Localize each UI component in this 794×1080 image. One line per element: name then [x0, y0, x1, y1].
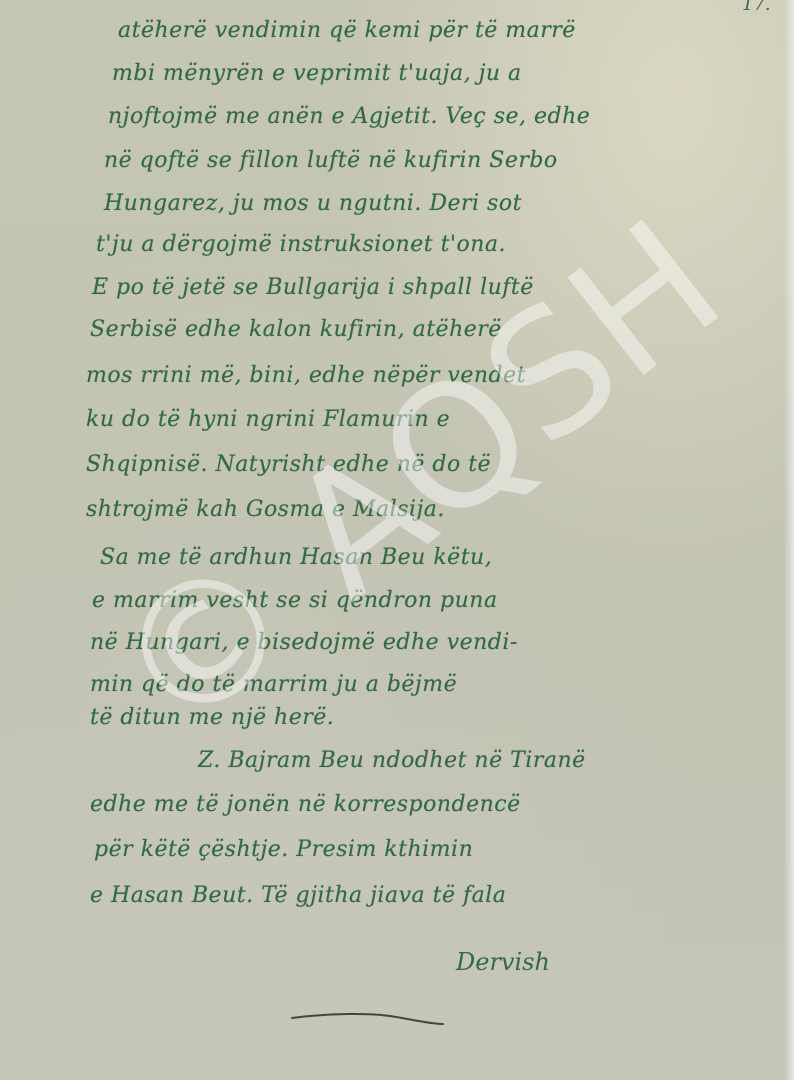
letter-line: njoftojmë me anën e Agjetit. Veç se, edh… [108, 104, 590, 129]
letter-line: e marrim vesht se si qëndron puna [92, 588, 498, 613]
letter-line: t'ju a dërgojmë instruksionet t'ona. [96, 232, 506, 257]
pen-stroke-line [290, 1012, 445, 1028]
letter-line: Shqipnisë. Natyrisht edhe në do të [86, 452, 491, 477]
letter-line: E po të jetë se Bullgarija i shpall luft… [92, 275, 534, 300]
letter-line: atëherë vendimin që kemi për të marrë [118, 18, 576, 43]
letter-line: në Hungari, e bisedojmë edhe vendi- [90, 630, 518, 655]
letter-line: mos rrini më, bini, edhe nëpër vendet [86, 363, 526, 388]
letter-line: edhe me të jonën në korrespondencë [90, 792, 521, 817]
letter-line: e Hasan Beut. Të gjitha jiava të fala [90, 883, 506, 908]
letter-line: të ditun me një herë. [90, 705, 334, 730]
signature: Dervish [456, 948, 550, 976]
letter-line: mbi mënyrën e veprimit t'uaja, ju a [112, 61, 522, 86]
letter-line: në qoftë se fillon luftë në kufirin Serb… [104, 148, 558, 173]
letter-line: min që do të marrim ju a bëjmë [90, 672, 457, 697]
scanned-letter-page: 17. atëherë vendimin që kemi për të marr… [0, 0, 794, 1080]
page-number: 17. [742, 0, 771, 15]
letter-line: ku do të hyni ngrini Flamurin e [86, 407, 450, 432]
letter-line: shtrojmë kah Gosma e Malsija. [86, 497, 445, 522]
letter-line: Serbisë edhe kalon kufirin, atëherë [90, 317, 502, 342]
letter-line: Sa me të ardhun Hasan Beu këtu, [100, 545, 492, 570]
letter-line: Hungarez, ju mos u ngutni. Deri sot [104, 191, 522, 216]
scan-edge [784, 0, 794, 1080]
letter-line: për këtë çështje. Presim kthimin [94, 837, 473, 862]
letter-line: Z. Bajram Beu ndodhet në Tiranë [198, 748, 586, 773]
